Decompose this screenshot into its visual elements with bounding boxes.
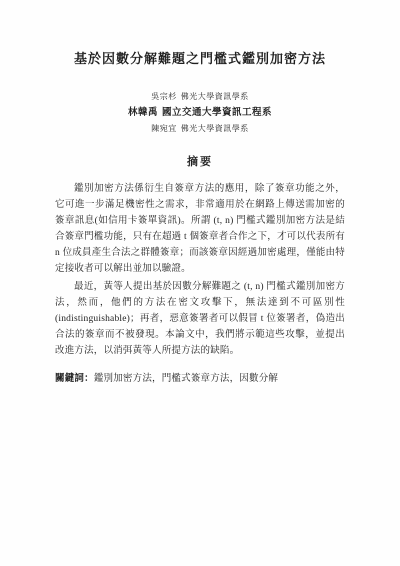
paper-title: 基於因數分解難題之門檻式鑑別加密方法	[55, 50, 345, 68]
author-affiliation: 佛光大學資訊學系	[181, 124, 249, 133]
author-block: 吳宗杉佛光大學資訊學系 林韓禹國立交通大學資訊工程系 陳宛宜佛光大學資訊學系	[55, 89, 345, 137]
author-line-2: 林韓禹國立交通大學資訊工程系	[55, 105, 345, 121]
author-line-1: 吳宗杉佛光大學資訊學系	[55, 89, 345, 105]
keywords-label: 關鍵詞：	[55, 374, 94, 384]
paper-page: 基於因數分解難題之門檻式鑑別加密方法 吳宗杉佛光大學資訊學系 林韓禹國立交通大學…	[0, 0, 400, 566]
author-name: 吳宗杉	[151, 92, 177, 101]
keywords-text: 鑑別加密方法，門檻式簽章方法，因數分解	[94, 374, 278, 384]
abstract-paragraph-1: 鑑別加密方法係衍生自簽章方法的應用，除了簽章功能之外，它可進一步滿足機密性之需求…	[55, 181, 345, 277]
author-name: 林韓禹	[128, 108, 158, 118]
abstract-paragraph-2: 最近，黃等人提出基於因數分解難題之 (t, n) 門檻式鑑別加密方法，然而，他們…	[55, 279, 345, 359]
abstract-heading: 摘要	[55, 155, 345, 169]
author-name: 陳宛宜	[151, 124, 177, 133]
author-affiliation: 佛光大學資訊學系	[181, 92, 249, 101]
author-affiliation: 國立交通大學資訊工程系	[162, 108, 272, 118]
author-line-3: 陳宛宜佛光大學資訊學系	[55, 121, 345, 137]
keywords-line: 關鍵詞：鑑別加密方法，門檻式簽章方法，因數分解	[55, 371, 345, 387]
